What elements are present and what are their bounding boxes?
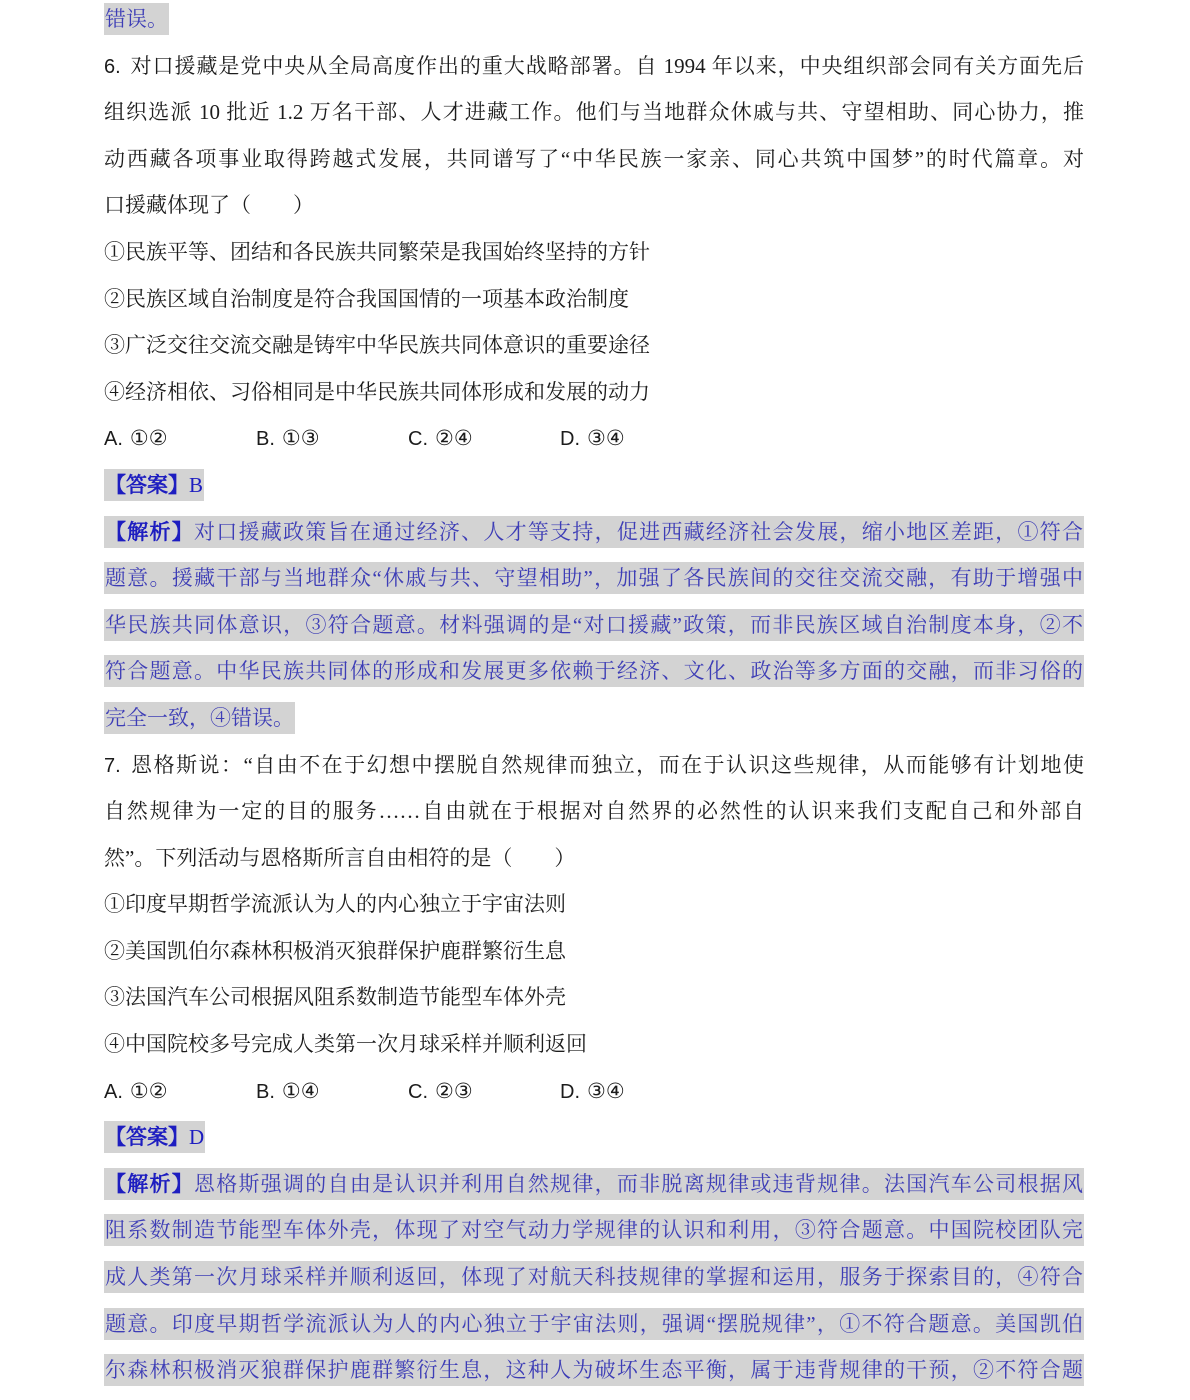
question-6-option-4: ④经济相依、习俗相同是中华民族共同体形成和发展的动力 <box>104 369 1084 416</box>
question-6-answer-value: B <box>189 473 203 497</box>
question-6-analysis-line: 华民族共同体意识，③符合题意。材料强调的是“对口援藏”政策，而非民族区域自治制度… <box>104 602 1084 649</box>
question-6-choices-row: A.①② B.①③ C.②④ D.③④ <box>104 415 1084 462</box>
question-7-choice-a: A.①② <box>104 1068 256 1115</box>
question-7-choice-d: D.③④ <box>560 1068 625 1115</box>
analysis-label: 【解析】 <box>105 521 194 544</box>
carryover-analysis-line: 错误。 <box>104 0 1084 43</box>
carryover-text: 错误。 <box>104 3 169 35</box>
question-6-analysis-line: 完全一致，④错误。 <box>104 695 1084 742</box>
question-7-option-4: ④中国院校多号完成人类第一次月球采样并顺利返回 <box>104 1021 1084 1068</box>
question-6-stem-text: 对口援藏是党中央从全局高度作出的重大战略部署。自 1994 年以来，中央组织部会… <box>130 54 1084 78</box>
question-6-number: 6. <box>104 56 121 78</box>
question-6-option-2: ②民族区域自治制度是符合我国国情的一项基本政治制度 <box>104 276 1084 323</box>
question-7-choice-c: C.②③ <box>408 1068 560 1115</box>
question-7-stem-line: 然”。下列活动与恩格斯所言自由相符的是（ ） <box>104 835 1084 882</box>
question-7-choices-row: A.①② B.①④ C.②③ D.③④ <box>104 1068 1084 1115</box>
question-7-choice-b: B.①④ <box>256 1068 408 1115</box>
question-7-option-3: ③法国汽车公司根据风阻系数制造节能型车体外壳 <box>104 974 1084 1021</box>
question-6-analysis-line: 【解析】对口援藏政策旨在通过经济、人才等支持，促进西藏经济社会发展，缩小地区差距… <box>104 509 1084 556</box>
question-7-option-1: ①印度早期哲学流派认为人的内心独立于宇宙法则 <box>104 881 1084 928</box>
analysis-label: 【解析】 <box>105 1173 194 1196</box>
exam-page: 错误。 6.对口援藏是党中央从全局高度作出的重大战略部署。自 1994 年以来，… <box>104 0 1084 1394</box>
question-7-answer-value: D <box>189 1125 204 1149</box>
question-6-option-1: ①民族平等、团结和各民族共同繁荣是我国始终坚持的方针 <box>104 229 1084 276</box>
question-6-answer-line: 【答案】B <box>104 462 1084 509</box>
question-7-stem-line: 自然规律为一定的目的服务……自由就在于根据对自然界的必然性的认识来我们支配自己和… <box>104 788 1084 835</box>
question-7-option-2: ②美国凯伯尔森林积极消灭狼群保护鹿群繁衍生息 <box>104 928 1084 975</box>
question-6-stem-line: 动西藏各项事业取得跨越式发展，共同谱写了“中华民族一家亲、同心共筑中国梦”的时代… <box>104 136 1084 183</box>
question-7-analysis-line: 成人类第一次月球采样并顺利返回，体现了对航天科技规律的掌握和运用，服务于探索目的… <box>104 1254 1084 1301</box>
question-6-stem-line: 组织选派 10 批近 1.2 万名干部、人才进藏工作。他们与当地群众休戚与共、守… <box>104 89 1084 136</box>
question-7-analysis-line: 【解析】恩格斯强调的自由是认识并利用自然规律，而非脱离规律或违背规律。法国汽车公… <box>104 1161 1084 1208</box>
question-7-answer-line: 【答案】D <box>104 1114 1084 1161</box>
question-7-stem-text: 恩格斯说：“自由不在于幻想中摆脱自然规律而独立，而在于认识这些规律，从而能够有计… <box>130 753 1084 777</box>
question-6-analysis-line: 题意。援藏干部与当地群众“休戚与共、守望相助”，加强了各民族间的交往交流交融，有… <box>104 555 1084 602</box>
question-6-stem-line: 口援藏体现了（ ） <box>104 182 1084 229</box>
question-6-choice-c: C.②④ <box>408 415 560 462</box>
question-6-choice-a: A.①② <box>104 415 256 462</box>
question-6-stem-line: 6.对口援藏是党中央从全局高度作出的重大战略部署。自 1994 年以来，中央组织… <box>104 43 1084 90</box>
answer-label: 【答案】 <box>105 474 189 497</box>
question-7-stem-line: 7.恩格斯说：“自由不在于幻想中摆脱自然规律而独立，而在于认识这些规律，从而能够… <box>104 742 1084 789</box>
question-6-option-3: ③广泛交往交流交融是铸牢中华民族共同体意识的重要途径 <box>104 322 1084 369</box>
answer-label: 【答案】 <box>105 1126 189 1149</box>
question-7-analysis-line: 题意。印度早期哲学流派认为人的内心独立于宇宙法则，强调“摆脱规律”，①不符合题意… <box>104 1301 1084 1348</box>
question-6-choice-d: D.③④ <box>560 415 625 462</box>
question-6-analysis-line: 符合题意。中华民族共同体的形成和发展更多依赖于经济、文化、政治等多方面的交融，而… <box>104 648 1084 695</box>
question-7-analysis-line: 阻系数制造节能型车体外壳，体现了对空气动力学规律的认识和利用，③符合题意。中国院… <box>104 1207 1084 1254</box>
question-6-choice-b: B.①③ <box>256 415 408 462</box>
question-7-number: 7. <box>104 755 121 777</box>
question-7-analysis-line: 尔森林积极消灭狼群保护鹿群繁衍生息，这种人为破坏生态平衡，属于违背规律的干预，②… <box>104 1347 1084 1394</box>
